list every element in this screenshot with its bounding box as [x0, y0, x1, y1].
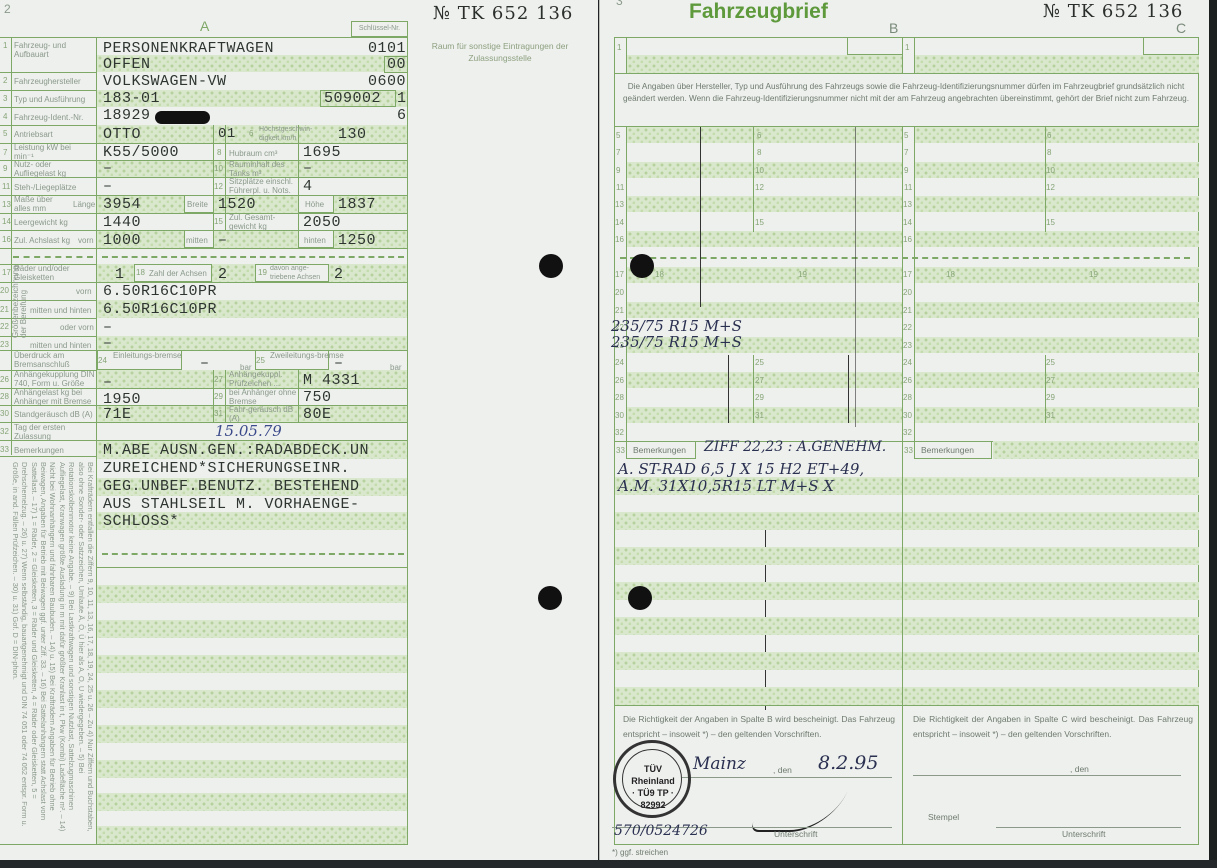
tuev-stamp: TÜV Rheinland · TÜ9 TP · 82992 [613, 740, 691, 818]
punch-hole [630, 254, 654, 278]
hand-reifen-23: 235/75 R15 M+S [611, 333, 742, 351]
remark-line-1: M.ABE AUSN.GEN.:RADABDECK.UN [103, 442, 369, 459]
value-nutzlast: – [103, 160, 113, 177]
signature-label-c: Unterschrift [1062, 829, 1105, 839]
value-anhaengekupplung: – [103, 374, 113, 391]
redaction-mark [155, 111, 210, 124]
cert-date-b: 8.2.95 [818, 752, 878, 774]
value-hubraum: 1695 [303, 144, 341, 161]
value-achsen: 2 [218, 266, 228, 283]
label-anhaengelast: Anhängelast kg bei Anhänger mit Bremse [14, 388, 96, 406]
value-achslast-vorn: 1000 [103, 232, 141, 249]
key-typ: 509002 [324, 90, 381, 107]
label-antriebsart: Antriebsart [14, 130, 53, 139]
label-hubraum: Hubraum cm³ [229, 149, 277, 158]
label-fahrzeugart: Fahrzeug- und Aufbauart [14, 41, 94, 59]
value-standgeraeusch: 71E [103, 406, 132, 423]
label-angetriebene: davon ange-triebene Achsen [270, 264, 328, 282]
value-breite: 1520 [218, 196, 256, 213]
footnote-vertical: Bei Krafträdern entfallen die Ziffern 9,… [9, 462, 95, 842]
label-leistung: Leistung kW bei min⁻¹ [14, 143, 84, 161]
label-fahrgeraeusch: Fahr-geräusch dB (A) [229, 405, 297, 423]
key-aufbauart: 00 [387, 56, 406, 73]
footnote-streichen: *) ggf. streichen [612, 848, 668, 857]
label-ueberdruck: Überdruck am Bremsanschluß [14, 351, 94, 369]
value-leergewicht: 1440 [103, 214, 141, 231]
value-tank: – [303, 160, 313, 177]
value-typ: 183-01 [103, 90, 160, 107]
value-antriebsart: OTTO [103, 126, 141, 143]
value-laenge: 3954 [103, 196, 141, 213]
value-fahrzeugart: PERSONENKRAFTWAGEN [103, 40, 274, 57]
identity-notice: Die Angaben über Hersteller, Typ und Aus… [620, 81, 1192, 105]
value-hoechstgeschw: 130 [338, 126, 367, 143]
remark-line-5: SCHLOSS* [103, 513, 179, 530]
cert-handwritten-id: 570/0524726 [614, 823, 708, 839]
schluessel-header: Schlüssel-Nr. [351, 21, 408, 37]
key-hersteller: 0600 [368, 73, 406, 90]
value-angetriebene: 2 [334, 266, 344, 283]
remark-line-4: AUS STAHLSEIL M. VORHAENGE- [103, 496, 360, 513]
column-c-label: C [1176, 20, 1186, 36]
certification-text-c: Die Richtigkeit der Angaben in Spalte C … [913, 712, 1193, 742]
label-hersteller: Fahrzeughersteller [14, 77, 81, 86]
label-anhaengekupplung: Anhängekupplung DIN 740, Form u. Größe [14, 370, 96, 388]
label-leergewicht: Leergewicht kg [14, 218, 68, 227]
document-number-left: № TK 652 136 [433, 3, 573, 24]
punch-hole [539, 254, 563, 278]
page-number-left: 2 [4, 2, 11, 16]
left-page: 2 A Schlüssel-Nr. 1 Fahrzeug- und Aufbau… [0, 0, 598, 860]
label-nutzlast: Nutz- oder Aufliegelast kg [14, 160, 84, 178]
label-masse: Maße über alles mm [14, 195, 54, 213]
label-raeder: Räder und/oder Gleisketten [14, 264, 84, 282]
value-hoehe: 1837 [338, 196, 376, 213]
stempel-label: Stempel [928, 812, 959, 822]
bemerkungen-label-c: Bemerkungen [914, 441, 992, 459]
value-erstzulassung: 15.05.79 [215, 422, 282, 440]
label-achsen: Zahl der Achsen [149, 269, 207, 278]
value-gesamtgewicht: 2050 [303, 214, 341, 231]
hand-remark-2: A.M. 31X10,5R15 LT M+S X [618, 477, 834, 495]
document-number-right: № TK 652 136 [1043, 1, 1183, 22]
value-aufbauart: OFFEN [103, 56, 151, 73]
value-reifen-oder-vorn: – [103, 319, 113, 336]
label-achslast: Zul. Achslast kg [14, 236, 70, 245]
value-anhaengelast-ungebremst: 750 [303, 389, 332, 406]
value-pruefzeichen: M 4331 [303, 372, 360, 389]
cert-place-b: Mainz [693, 754, 746, 774]
punch-hole [628, 586, 652, 610]
signature-label-b: Unterschrift [774, 829, 817, 839]
key2-typ: 1 [397, 90, 407, 107]
right-page: 3 Fahrzeugbrief № TK 652 136 B C 1 1 Die… [599, 0, 1209, 860]
value-achslast-mitten: – [218, 232, 228, 249]
label-pruefzeichen: Anhängekuppl. Prüfzeichen ... [229, 370, 297, 388]
zulassungsstelle-note: Raum für sonstige Eintragungen der Zulas… [425, 40, 575, 64]
label-einleitung: Einleitungs-bremse [113, 351, 181, 360]
label-bemerkungen: Bemerkungen [14, 446, 64, 455]
document-title: Fahrzeugbrief [689, 0, 828, 24]
remark-line-3: GEG.UNBEF.BENUTZ. BESTEHEND [103, 478, 360, 495]
label-sitzplaetze: Sitzplätze einschl. Führerpl. u. Nots. [229, 177, 297, 195]
scan-edge-bottom [0, 860, 1217, 868]
hand-bemerkung-ziff: ZIFF 22,23 : A.GENEHM. [704, 439, 886, 455]
value-sitzplaetze: 4 [303, 178, 313, 195]
certification-text-b: Die Richtigkeit der Angaben in Spalte B … [623, 712, 895, 742]
value-ident: 18929 [103, 107, 151, 124]
key-ident: 6 [397, 107, 407, 124]
label-standgeraeusch: Standgeräusch dB (A) [14, 410, 93, 419]
value-achslast-hinten: 1250 [338, 232, 376, 249]
key-fahrzeugart: 0101 [368, 40, 406, 57]
label-stehplaetze: Steh-/Liegeplätze [14, 183, 76, 192]
page-number-right: 3 [616, 0, 623, 8]
remark-line-2: ZUREICHEND*SICHERUNGSEINR. [103, 460, 350, 477]
value-reifen-vorn: 6.50R16C10PR [103, 283, 217, 300]
value-reifen-hinten: 6.50R16C10PR [103, 301, 217, 318]
bemerkungen-label-b: Bemerkungen [626, 441, 696, 459]
value-hersteller: VOLKSWAGEN-VW [103, 73, 227, 90]
label-typ: Typ und Ausführung [14, 95, 85, 104]
value-stehplaetze: – [103, 178, 113, 195]
label-ohne-bremse: bei Anhänger ohne Bremse [229, 388, 297, 406]
label-gesamtgewicht: Zul. Gesamt-gewicht kg [229, 213, 295, 231]
label-ident: Fahrzeug-Ident.-Nr. [14, 113, 83, 122]
value-leistung: K55/5000 [103, 144, 179, 161]
label-bereifung-group: Größenbezeichnung der Bereifung [12, 282, 28, 338]
key-antriebsart: 01 [218, 126, 236, 142]
label-hoechstgeschw: Höchstgeschwin-digkeit km/h [259, 125, 329, 143]
scan-edge-right [1209, 0, 1217, 868]
column-b-label: B [889, 20, 898, 36]
value-raeder: 1 [115, 266, 125, 283]
column-a-label: A [200, 18, 209, 34]
label-erstzulassung: Tag der ersten Zulassung [14, 423, 84, 441]
label-tank: Rauminhalt des Tanks m³ [229, 160, 297, 178]
hand-remark-1: A. ST-RAD 6,5 J X 15 H2 ET+49, [618, 460, 864, 478]
value-fahrgeraeusch: 80E [303, 406, 332, 423]
punch-hole [538, 586, 562, 610]
label-zweileitung: Zweileitungs-bremse [270, 351, 344, 360]
